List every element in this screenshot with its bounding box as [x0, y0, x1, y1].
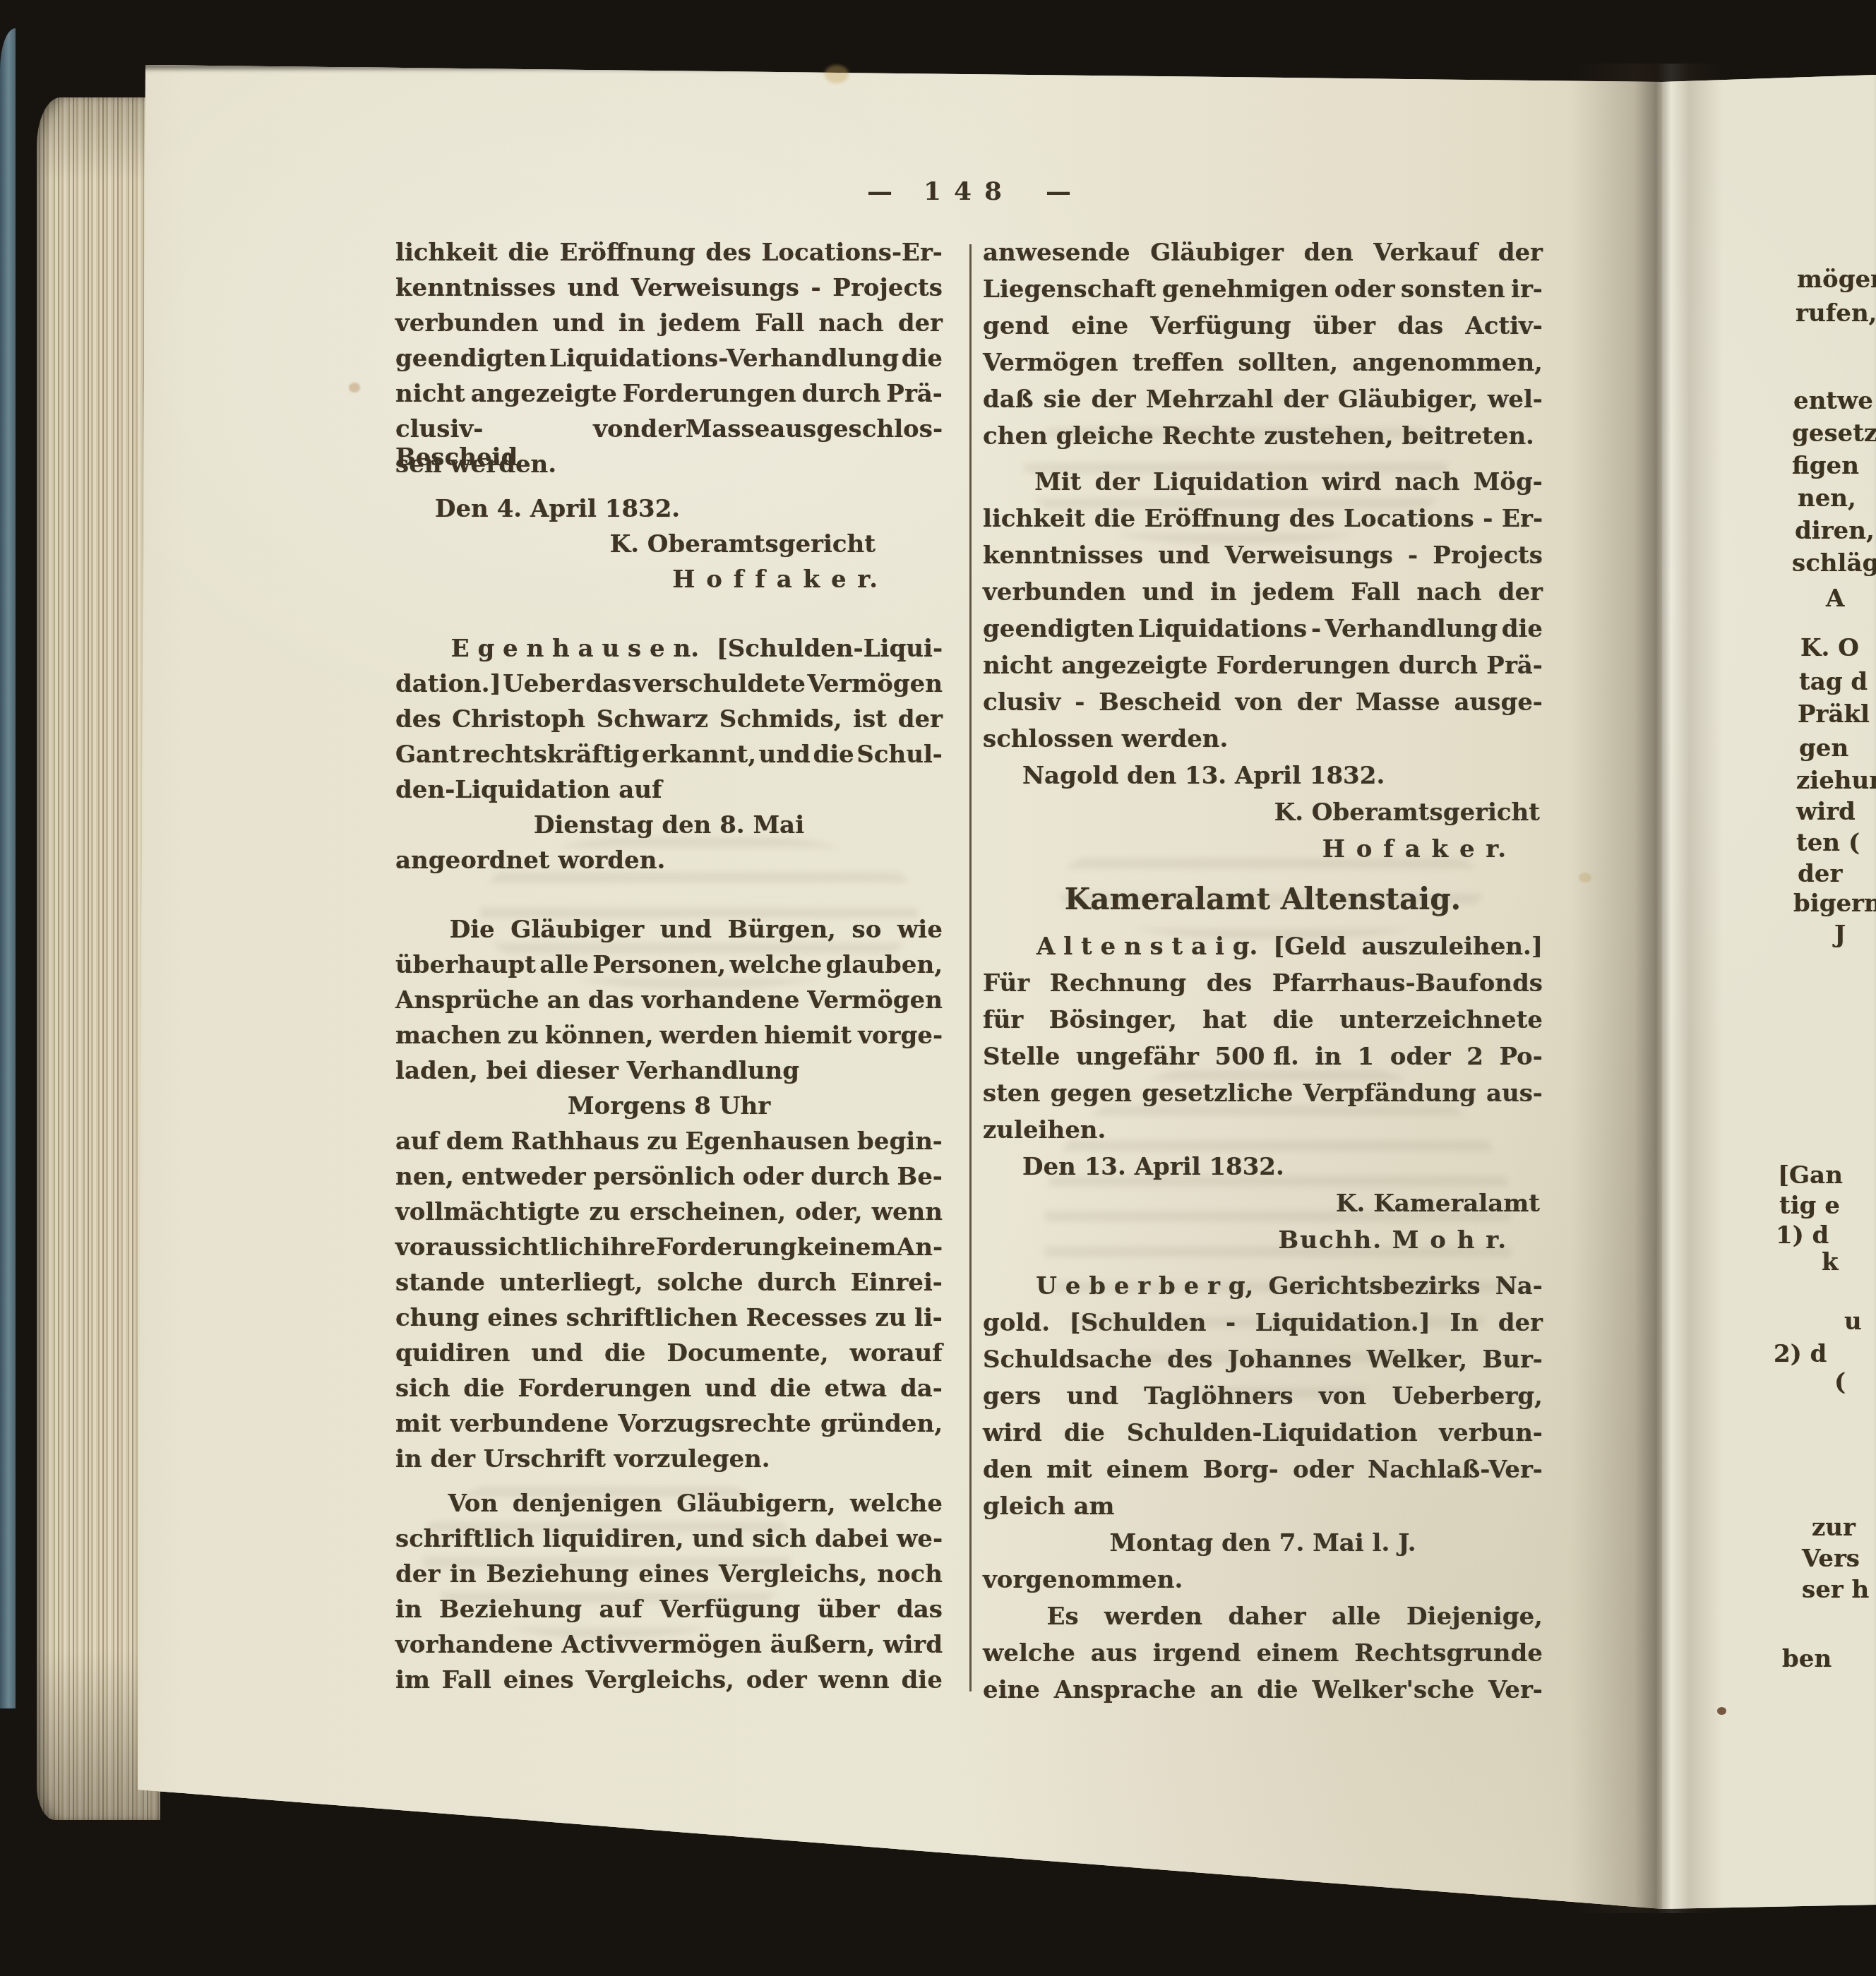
word: Gant — [395, 741, 460, 776]
text-line: machenzukönnen,werdenhiemitvorge- — [395, 1022, 943, 1057]
word: die — [1257, 1676, 1298, 1713]
word: und — [568, 274, 619, 309]
page-number-dash-left: — — [867, 176, 892, 206]
book-scan: —148— lichkeitdieEröffnungdesLocations-E… — [0, 0, 1876, 1976]
word: und — [705, 1375, 756, 1410]
word: rechtskräftig — [462, 741, 639, 776]
word: gers — [983, 1382, 1041, 1419]
word: Liquidation — [1153, 468, 1308, 505]
word: Für — [983, 969, 1029, 1006]
word: Bösinger, — [1049, 1006, 1177, 1043]
text-line: nichtangezeigteForderungendurchPrä- — [983, 652, 1543, 688]
word: Activ- — [1465, 312, 1543, 349]
word: noch — [877, 1560, 943, 1595]
next-page-text-fragment: zur — [1812, 1514, 1856, 1542]
word: des — [1167, 1346, 1213, 1382]
word: wie — [897, 916, 943, 951]
word: des — [705, 239, 751, 274]
word: auszuleihen.] — [1362, 933, 1543, 969]
word: angezeigte — [471, 380, 617, 415]
word: Personen, — [592, 951, 726, 986]
word: die — [813, 741, 854, 776]
text-line: MitderLiquidationwirdnachMög- — [983, 468, 1543, 505]
text-line: schriftlichliquidiren,undsichdabeiwe- — [395, 1525, 943, 1560]
word: der — [1498, 578, 1543, 615]
word: welche — [850, 1490, 943, 1525]
text-line: U e b e r b e r g,GerichtsbezirksNa- — [983, 1272, 1543, 1309]
word: Gerichtsbezirks — [1269, 1272, 1481, 1309]
next-page-text-fragment: gen — [1799, 734, 1848, 762]
word: Verkauf — [1373, 239, 1478, 275]
word: ihre — [601, 1233, 655, 1269]
word: - — [811, 274, 820, 309]
next-page-text-fragment: 2) d — [1774, 1340, 1827, 1368]
word: liquidiren, — [543, 1525, 684, 1560]
word: die — [604, 1339, 645, 1375]
next-page-text-fragment: K. O — [1800, 634, 1859, 662]
next-page-text-fragment: A — [1826, 585, 1844, 613]
text-line: EswerdendaheralleDiejenige, — [983, 1603, 1543, 1639]
word: - — [1226, 1309, 1236, 1346]
word: und — [1158, 541, 1209, 578]
word: äußern, — [770, 1631, 876, 1666]
word: einem — [1256, 1639, 1339, 1676]
word: - — [1483, 505, 1493, 541]
word: wird — [983, 1419, 1042, 1456]
word: angenommen, — [1352, 349, 1543, 385]
word: wenn — [818, 1666, 889, 1701]
word: In — [1450, 1309, 1478, 1346]
next-page-text-fragment: wird — [1796, 798, 1856, 826]
word: oder, — [795, 1198, 862, 1233]
word: des — [1289, 505, 1335, 541]
text-line: K. Oberamtsgericht — [395, 530, 943, 565]
word: werden — [659, 1022, 758, 1057]
word: angezeigte — [1061, 652, 1207, 688]
word: Projects — [1433, 541, 1543, 578]
word: 1 — [1358, 1043, 1375, 1079]
word: treffen — [1133, 349, 1224, 385]
word: oder — [1293, 1456, 1354, 1492]
word: die — [770, 1375, 811, 1410]
word: erscheinen, — [630, 1198, 787, 1233]
word: durch — [758, 1269, 837, 1304]
word: Liquidation.] — [1255, 1309, 1430, 1346]
text-line: wirddieSchulden-Liquidationverbun- — [983, 1419, 1543, 1456]
word: der — [1095, 468, 1140, 505]
word: - — [1311, 615, 1321, 652]
word: oder — [1334, 275, 1395, 312]
right-text-column: anwesendeGläubigerdenVerkaufderLiegensch… — [983, 239, 1543, 1713]
word: machen — [395, 1022, 501, 1057]
word: Ueberberg, — [1392, 1382, 1543, 1419]
word: ir- — [1511, 275, 1543, 312]
word: [Schulden-Liqui- — [717, 635, 943, 670]
word: kenntnisses — [395, 274, 556, 309]
text-line: überhauptallePersonen,welcheglauben, — [395, 951, 943, 986]
word: vollmächtigte — [395, 1198, 580, 1233]
word: an — [1210, 1676, 1243, 1713]
word: Fall — [755, 309, 804, 345]
word: und — [660, 916, 712, 951]
word: Rathhaus — [511, 1127, 640, 1163]
word: und — [532, 1339, 583, 1375]
word: Bescheid — [1099, 688, 1221, 725]
word: alle — [1332, 1603, 1381, 1639]
word: Eröffnung — [559, 239, 695, 274]
word: sich — [752, 1525, 806, 1560]
word: eine — [983, 1676, 1040, 1713]
word: Verfügung — [1150, 312, 1291, 349]
word: Taglöhners — [1144, 1382, 1294, 1419]
word: Rechnung — [1050, 969, 1186, 1006]
word: verbun- — [1439, 1419, 1543, 1456]
word: Schul- — [856, 741, 943, 776]
word: die — [463, 1375, 504, 1410]
book-cover-edge — [0, 28, 16, 1708]
text-line: derinBeziehungeinesVergleichs,noch — [395, 1560, 943, 1595]
word: Vermögen — [807, 670, 943, 705]
paragraph-indent — [983, 1603, 1021, 1639]
text-line: nichtangezeigteForderungendurchPrä- — [395, 380, 943, 415]
word: Bürgen, — [728, 916, 836, 951]
word: wel- — [1488, 385, 1543, 422]
word: Johannes — [1228, 1346, 1352, 1382]
word: U e b e r b e r g, — [1036, 1272, 1253, 1309]
word: Gläubiger — [1150, 239, 1284, 275]
word: wird — [1322, 468, 1381, 505]
paragraph-indent — [395, 635, 434, 670]
word: eines — [503, 1666, 574, 1701]
word: lichkeit — [983, 505, 1085, 541]
word: Forderungen — [1217, 652, 1390, 688]
word: Prä- — [886, 380, 943, 415]
word: Egenhausen — [686, 1127, 850, 1163]
text-line: sichdieForderungenunddieetwada- — [395, 1375, 943, 1410]
word: Be- — [897, 1163, 943, 1198]
word: in — [1210, 578, 1237, 615]
word: Vergleichs, — [585, 1666, 734, 1701]
text-line: inBeziehungaufVerfügungüberdas — [395, 1595, 943, 1631]
word: Verhandlung — [1325, 615, 1498, 652]
word: geendigten — [395, 345, 546, 380]
text-line: Nagold den 13. April 1832. — [983, 762, 1543, 798]
word: Activvermögen — [561, 1631, 762, 1666]
text-line: fürBösinger,hatdieunterzeichnete — [983, 1006, 1543, 1043]
word: an — [547, 986, 580, 1022]
word: Fall — [442, 1666, 491, 1701]
word: Schulden-Liquidation — [1127, 1419, 1418, 1456]
text-line: vorgenommen. — [983, 1566, 1543, 1603]
word: in — [1315, 1043, 1342, 1079]
word: An- — [897, 1233, 943, 1269]
word: Forderungen — [623, 380, 796, 415]
word: den — [983, 1456, 1032, 1492]
text-line: nen,entwederpersönlichoderdurchBe- — [395, 1163, 943, 1198]
text-line: laden, bei dieser Verhandlung — [395, 1057, 943, 1092]
word: clusiv — [983, 688, 1061, 725]
word: Diejenige, — [1406, 1603, 1543, 1639]
word: verbunden — [395, 309, 539, 345]
next-page-text-fragment: tig e — [1779, 1192, 1840, 1220]
word: der — [898, 309, 943, 345]
word: etwa — [825, 1375, 888, 1410]
word: Recesses — [746, 1304, 867, 1339]
text-line: AnsprücheandasvorhandeneVermögen — [395, 986, 943, 1022]
next-page-text-fragment: entwe — [1793, 387, 1873, 415]
word: von — [1236, 688, 1283, 725]
text-line: quidirenunddieDocumente,worauf — [395, 1339, 943, 1375]
word: Masse — [686, 415, 770, 450]
text-line: vollmächtigtezuerscheinen,oder,wenn — [395, 1198, 943, 1233]
paragraph-indent — [983, 933, 1021, 969]
word: die — [1502, 615, 1543, 652]
next-page-text-fragment: der — [1798, 860, 1842, 888]
word: Forderungen — [518, 1375, 692, 1410]
word: clusiv-Bescheid — [395, 415, 593, 450]
word: des — [395, 705, 441, 741]
word: Liquidations — [1138, 615, 1307, 652]
word: im — [395, 1666, 430, 1701]
word: verbundene — [450, 1410, 609, 1445]
word: - — [1075, 688, 1085, 725]
word: Verweisungs — [1225, 541, 1393, 578]
next-page-text-fragment: ziehun — [1796, 767, 1876, 795]
word: aus- — [1486, 1079, 1543, 1116]
word: Von — [448, 1490, 498, 1525]
word: persönlich — [593, 1163, 735, 1198]
word: Er- — [1502, 505, 1543, 541]
word: Documente, — [667, 1339, 828, 1375]
next-page-text-fragment: gesetzl — [1792, 419, 1876, 448]
word: sich — [395, 1375, 450, 1410]
word: auf — [395, 1127, 438, 1163]
next-page-text-fragment: ten ( — [1796, 829, 1860, 857]
next-page-text-fragment: schläg — [1792, 549, 1876, 577]
word: in — [450, 1560, 477, 1595]
text-line: aufdemRathhauszuEgenhausenbegin- — [395, 1127, 943, 1163]
word: Beziehung — [486, 1560, 628, 1595]
word: stande — [395, 1269, 485, 1304]
word: schriftlich — [395, 1525, 534, 1560]
text-line: Morgens 8 Uhr — [395, 1092, 943, 1127]
text-line: den-Liquidation auf — [395, 776, 943, 811]
word: das — [585, 670, 631, 705]
word: Rechtsgrunde — [1354, 1639, 1543, 1676]
text-line: H o f f a k e r. — [395, 565, 943, 601]
word: zu — [590, 1198, 621, 1233]
word: das — [1397, 312, 1443, 349]
word: [Schulden — [1070, 1309, 1207, 1346]
word: Gläubiger, — [1338, 385, 1478, 422]
word: denjenigen — [513, 1490, 662, 1525]
word: li- — [914, 1304, 943, 1339]
word: in — [619, 309, 645, 345]
word: Masse — [1356, 688, 1440, 725]
word: und — [759, 741, 811, 776]
word: Forderung — [656, 1233, 796, 1269]
next-page-text-fragment: bigern — [1793, 890, 1876, 918]
word: einem — [1106, 1456, 1189, 1492]
word: von — [593, 415, 640, 450]
word: solche — [657, 1269, 743, 1304]
text-line: SchuldsachedesJohannesWelker,Bur- — [983, 1346, 1543, 1382]
word: nach — [1416, 578, 1481, 615]
word: Vermögen — [983, 349, 1118, 385]
next-page-text-fragment: rufen, — [1796, 299, 1876, 328]
word: die — [1272, 1006, 1313, 1043]
word: Schuldsache — [983, 1346, 1152, 1382]
word: des — [1207, 969, 1253, 1006]
text-line: mitverbundeneVorzugsrechtegründen, — [395, 1410, 943, 1445]
word: wird — [883, 1631, 943, 1666]
next-page-text-fragment: 1) d — [1776, 1221, 1829, 1250]
text-line: K. Oberamtsgericht — [983, 798, 1543, 835]
paragraph-indent — [983, 1272, 1021, 1309]
word: entweder — [461, 1163, 585, 1198]
word: Ueber — [503, 670, 584, 705]
word: über — [1313, 312, 1375, 349]
text-line: desChristophSchwarzSchmids,istder — [395, 705, 943, 741]
text-line: daßsiederMehrzahlderGläubiger,wel- — [983, 385, 1543, 422]
text-line: voraussichtlichihreForderungkeinemAn- — [395, 1233, 943, 1269]
word: durch — [802, 380, 881, 415]
next-page-text-fragment: nen, — [1798, 484, 1856, 513]
word: und — [1142, 578, 1194, 615]
word: 2 — [1466, 1043, 1483, 1079]
word: eine — [1071, 312, 1128, 349]
word: unterliegt, — [499, 1269, 643, 1304]
page-number: —148— — [395, 176, 1543, 206]
word: Welker, — [1367, 1346, 1467, 1382]
next-page-text-fragment: ( — [1834, 1368, 1846, 1396]
word: Christoph — [452, 705, 585, 741]
word: Verfügung — [659, 1595, 800, 1631]
word: zu — [647, 1127, 678, 1163]
word: quidiren — [395, 1339, 510, 1375]
word: in — [395, 1595, 422, 1631]
text-line: Stelleungefähr500 fl.in1oder2Po- — [983, 1043, 1543, 1079]
text-line: Den 13. April 1832. — [983, 1153, 1543, 1190]
text-line: geendigtenLiquidations-Verhandlungdie — [395, 345, 943, 380]
text-line: imFalleinesVergleichs,oderwenndie — [395, 1666, 943, 1701]
word: durch — [811, 1163, 890, 1198]
word: können, — [545, 1022, 654, 1057]
word: der — [1498, 239, 1543, 275]
word: Beziehung — [439, 1595, 582, 1631]
word: hiemit — [764, 1022, 852, 1057]
word: die — [508, 239, 549, 274]
word: lichkeit — [395, 239, 498, 274]
word: hat — [1202, 1006, 1246, 1043]
page-number-value: 148 — [924, 176, 1015, 206]
paragraph-indent — [395, 1490, 434, 1525]
word: glauben, — [826, 951, 943, 986]
word: Nachlaß-Ver- — [1368, 1456, 1543, 1492]
word: begin- — [857, 1127, 943, 1163]
word: sollten, — [1238, 349, 1339, 385]
text-line: verbundenundinjedemFallnachder — [983, 578, 1543, 615]
word: ungefähr — [1076, 1043, 1199, 1079]
word: Einrei- — [851, 1269, 943, 1304]
text-line: DieGläubigerundBürgen,sowie — [395, 916, 943, 951]
word: chung — [395, 1304, 479, 1339]
text-line: Liegenschaftgenehmigenodersonstenir- — [983, 275, 1543, 312]
next-page-text-fragment: Präkl — [1798, 700, 1870, 729]
text-line: H o f a k e r. — [983, 835, 1543, 872]
text-line: lichkeitdieEröffnungdesLocations-Er- — [395, 239, 943, 274]
word: Ansprüche — [395, 986, 539, 1022]
word: Verpfändung — [1303, 1079, 1476, 1116]
word: Die — [450, 916, 495, 951]
word: werden — [1104, 1603, 1202, 1639]
word: nach — [1394, 468, 1459, 505]
text-line: Buchh. M o h r. — [983, 1226, 1543, 1263]
text-line: geendigtenLiquidations-Verhandlungdie — [983, 615, 1543, 652]
word: und — [692, 1525, 743, 1560]
text-line: stengegengesetzlicheVerpfändungaus- — [983, 1079, 1543, 1116]
word: genehmigen — [1162, 275, 1329, 312]
word: Gläubigern, — [676, 1490, 835, 1525]
word: der — [1498, 1309, 1543, 1346]
text-line: VondenjenigenGläubigern,welche — [395, 1490, 943, 1525]
word: Prä- — [1486, 652, 1543, 688]
word: Vorzugsrechte — [618, 1410, 811, 1445]
next-page-text-fragment: J — [1834, 921, 1846, 949]
word: gründen, — [820, 1410, 943, 1445]
text-line: Kameralamt Altenstaig. — [983, 872, 1543, 933]
word: welche — [983, 1639, 1075, 1676]
word: die — [902, 345, 943, 380]
word: schriftlichen — [566, 1304, 738, 1339]
word: sten — [983, 1079, 1040, 1116]
word: Liegenschaft — [983, 275, 1157, 312]
word: Fall — [1351, 578, 1400, 615]
word: verschuldete — [633, 670, 806, 705]
text-line: clusiv-BescheidvonderMasseausge- — [983, 688, 1543, 725]
word: Mög- — [1474, 468, 1543, 505]
word: der — [1284, 385, 1328, 422]
word: ausge- — [1454, 688, 1543, 725]
word: nach — [818, 309, 883, 345]
text-line: Vermögentreffensollten,angenommen, — [983, 349, 1543, 385]
word: geendigten — [983, 615, 1134, 652]
word: nen, — [395, 1163, 454, 1198]
word: ist — [853, 705, 887, 741]
text-line: vorhandeneActivvermögenäußern,wird — [395, 1631, 943, 1666]
word: da- — [900, 1375, 943, 1410]
word: verbunden — [983, 578, 1126, 615]
text-line: gendeineVerfügungüberdasActiv- — [983, 312, 1543, 349]
word: gold. — [983, 1309, 1050, 1346]
word: irgend — [1153, 1639, 1241, 1676]
word: daß — [983, 385, 1034, 422]
word: die — [1094, 505, 1135, 541]
word: der — [1091, 385, 1135, 422]
word: keinem — [797, 1233, 896, 1269]
text-line: gold.[Schulden-Liquidation.]Inder — [983, 1309, 1543, 1346]
word: welche — [729, 951, 822, 986]
next-page-text-fragment: tag d — [1799, 668, 1868, 696]
text-line: kenntnissesundVerweisungs-Projects — [395, 274, 943, 309]
word: nicht — [983, 652, 1053, 688]
text-line: Dienstag den 8. Mai — [395, 811, 943, 846]
text-line: Montag den 7. Mai l. J. — [983, 1529, 1543, 1566]
text-line: angeordnet worden. — [395, 846, 943, 882]
text-line: in der Urschrift vorzulegen. — [395, 1445, 943, 1480]
word: Na- — [1495, 1272, 1543, 1309]
word: E g e n h a u s e n. — [451, 635, 699, 670]
